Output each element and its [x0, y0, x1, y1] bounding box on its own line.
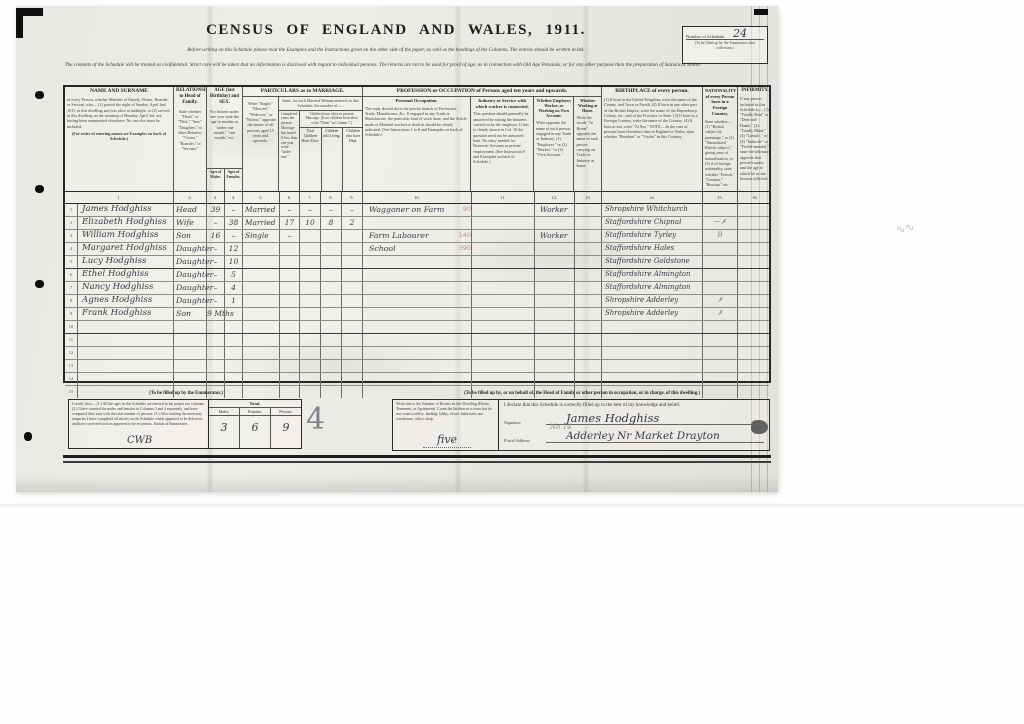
- column-number: 3.: [207, 192, 225, 203]
- header-birthplace-column: BIRTHPLACE of every person. (1) If born …: [602, 87, 703, 191]
- header-infirmity-title: INFIRMITY.: [738, 87, 772, 95]
- table-row: 4 Margaret Hodghiss Daughter – 12 School…: [65, 243, 769, 256]
- relationship-cell: [174, 373, 207, 385]
- marriage-status-cell: [243, 269, 280, 281]
- header-age-column: AGE (last Birthday) and SEX. For Infants…: [207, 87, 243, 191]
- industry-cell: [472, 230, 535, 242]
- marriage-status-cell: [243, 321, 280, 333]
- children-born-cell: [300, 386, 321, 398]
- children-born-cell: [300, 282, 321, 294]
- children-born-cell: [300, 360, 321, 372]
- infirmity-cell: [738, 321, 772, 333]
- females-label: Females.: [240, 408, 271, 415]
- person-name-cell: James Hodghiss: [78, 204, 174, 216]
- column-number: 13.: [575, 192, 602, 203]
- table-row: 3 William Hodghiss Son 16 – Single – Far…: [65, 230, 769, 243]
- marriage-status-cell: Married: [243, 217, 280, 229]
- header-personal-occupation-body: The reply should show the precise branch…: [363, 105, 470, 139]
- schedule-number-value: 24: [733, 29, 747, 39]
- occupation-cell: [363, 321, 472, 333]
- children-died-cell: [342, 243, 363, 255]
- years-married-cell: [280, 347, 300, 359]
- table-row: 11: [65, 334, 769, 347]
- children-living-cell: [321, 308, 342, 320]
- children-living-cell: [321, 269, 342, 281]
- relationship-cell: Daughter: [174, 295, 207, 307]
- females-total: 6: [240, 416, 271, 448]
- years-married-cell: [280, 269, 300, 281]
- children-died-cell: [342, 386, 363, 398]
- bottom-rule-light: [63, 461, 771, 463]
- at-home-cell: [575, 347, 602, 359]
- scanned-census-page: CENSUS OF ENGLAND AND WALES, 1911. Befor…: [0, 0, 1024, 724]
- occupation-code: 90: [463, 204, 471, 216]
- infirmity-cell: [738, 243, 772, 255]
- header-age-body: For Infants under one year state the age…: [207, 108, 242, 168]
- age-males-cell: –: [207, 217, 225, 229]
- at-home-cell: [575, 230, 602, 242]
- nationality-cell: [703, 243, 738, 255]
- occupation-text: Farm Labourer: [369, 230, 429, 242]
- punch-dot: [35, 91, 44, 99]
- at-home-cell: [575, 269, 602, 281]
- children-living-cell: [321, 386, 342, 398]
- marriage-status-cell: [243, 243, 280, 255]
- children-died-cell: [342, 308, 363, 320]
- row-number-cell: 2: [65, 217, 78, 229]
- industry-cell: [472, 269, 535, 281]
- industry-cell: [472, 243, 535, 255]
- relationship-cell: Daughter: [174, 269, 207, 281]
- header-marriage-note: State, for each Married Woman entered on…: [279, 97, 362, 111]
- children-living-cell: [321, 347, 342, 359]
- children-died-cell: [342, 282, 363, 294]
- children-living-cell: 8: [321, 217, 342, 229]
- column-number: 12.: [535, 192, 575, 203]
- header-name-title: NAME AND SURNAME: [65, 87, 173, 96]
- children-born-cell: –: [300, 204, 321, 216]
- children-living-cell: [321, 360, 342, 372]
- industry-cell: [472, 217, 535, 229]
- years-married-cell: [280, 360, 300, 372]
- birthplace-cell: Staffordshire Chipnal: [602, 217, 703, 229]
- row-number-cell: 5: [65, 256, 78, 268]
- header-nationality-body: State whether— (1) "British subject by p…: [703, 118, 737, 189]
- age-females-cell: [225, 360, 243, 372]
- row-number-cell: 13: [65, 360, 78, 372]
- nationality-cell: [703, 204, 738, 216]
- occupation-cell: [363, 360, 472, 372]
- totals-title: Total.: [209, 400, 301, 408]
- nationality-cell: [703, 373, 738, 385]
- years-married-cell: [280, 256, 300, 268]
- header-infirmity-column: INFIRMITY. If any person included in thi…: [738, 87, 772, 191]
- row-number-cell: 11: [65, 334, 78, 346]
- occupation-cell: [363, 373, 472, 385]
- industry-cell: [472, 256, 535, 268]
- age-males-cell: –: [207, 282, 225, 294]
- relationship-cell: [174, 334, 207, 346]
- punch-dot: [35, 185, 44, 193]
- persons-total: 9: [271, 416, 301, 448]
- industry-cell: [472, 373, 535, 385]
- table-body: 1 James Hodghiss Head 39 – Married – – –…: [65, 204, 769, 398]
- employer-worker-cell: [535, 269, 575, 281]
- relationship-cell: [174, 347, 207, 359]
- birthplace-cell: Staffordshire Tyrley: [602, 230, 703, 242]
- table-row: 5 Lucy Hodghiss Daughter – 10: [65, 256, 769, 269]
- years-married-cell: –: [280, 230, 300, 242]
- age-females-cell: –: [225, 204, 243, 216]
- nationality-cell: [703, 334, 738, 346]
- employer-worker-cell: [535, 308, 575, 320]
- table-row: 14: [65, 373, 769, 386]
- children-living-cell: [321, 295, 342, 307]
- years-married-cell: [280, 282, 300, 294]
- header-age-males: Ages of Males.: [207, 169, 225, 191]
- corner-mark-top-right: [754, 9, 768, 15]
- infirmity-cell: [738, 217, 772, 229]
- occupation-text: School: [369, 243, 396, 255]
- column-number: 6.: [280, 192, 300, 203]
- table-row: 2 Elizabeth Hodghiss Wife – 38 Married 1…: [65, 217, 769, 230]
- age-females-cell: 12: [225, 243, 243, 255]
- at-home-cell: [575, 282, 602, 294]
- row-number-cell: 8: [65, 295, 78, 307]
- nationality-cell: ✗: [703, 308, 738, 320]
- census-title: CENSUS OF ENGLAND AND WALES, 1911.: [146, 22, 646, 39]
- age-males-cell: [207, 321, 225, 333]
- infirmity-cell: [738, 360, 772, 372]
- row-number-cell: 12: [65, 347, 78, 359]
- males-total: 3: [209, 416, 240, 448]
- age-males-cell: [207, 334, 225, 346]
- age-males-cell: –: [207, 256, 225, 268]
- birthplace-cell: Shropshire Adderley: [602, 308, 703, 320]
- age-males-cell: –: [207, 295, 225, 307]
- years-married-cell: [280, 373, 300, 385]
- occupation-cell: [363, 295, 472, 307]
- header-relationship-title: RELATIONSHIP to Head of Family.: [174, 87, 206, 108]
- header-relationship-body: State whether "Head," or "Wife," "Son," …: [174, 108, 206, 153]
- employer-worker-cell: [535, 282, 575, 294]
- row-number-cell: 4: [65, 243, 78, 255]
- children-born-cell: [300, 308, 321, 320]
- punch-dot: [35, 280, 44, 288]
- birthplace-cell: [602, 373, 703, 385]
- nationality-cell: B: [703, 230, 738, 242]
- age-males-cell: 39: [207, 204, 225, 216]
- occupation-code: 390: [459, 243, 471, 255]
- marriage-status-cell: Married: [243, 204, 280, 216]
- employer-worker-cell: [535, 243, 575, 255]
- children-living-cell: [321, 282, 342, 294]
- occupation-cell: [363, 334, 472, 346]
- header-at-home-body: Write the words "At Home" opposite the n…: [574, 114, 601, 169]
- header-name-column: NAME AND SURNAME of every Person, whethe…: [65, 87, 174, 191]
- header-children-born: Total Children Born Alive.: [300, 128, 321, 191]
- nationality-cell: [703, 360, 738, 372]
- children-died-cell: [342, 321, 363, 333]
- scanner-streak: [0, 503, 1024, 507]
- row-number-cell: 7: [65, 282, 78, 294]
- children-living-cell: [321, 334, 342, 346]
- row-number-cell: 9: [65, 308, 78, 320]
- declaration-box: Write below the Number of Rooms in this …: [392, 399, 770, 451]
- children-born-cell: [300, 243, 321, 255]
- corner-mark-top-left: [16, 8, 23, 38]
- children-born-cell: 10: [300, 217, 321, 229]
- years-married-cell: [280, 334, 300, 346]
- column-number: 7.: [300, 192, 321, 203]
- table-row: 7 Nancy Hodghiss Daughter – 4: [65, 282, 769, 295]
- table-header: NAME AND SURNAME of every Person, whethe…: [65, 87, 769, 192]
- relationship-cell: Son: [174, 308, 207, 320]
- person-name-cell: [78, 347, 174, 359]
- relationship-cell: Daughter: [174, 282, 207, 294]
- age-females-cell: 5: [225, 269, 243, 281]
- table-row: 9 Frank Hodghiss Son 9 Mths: [65, 308, 769, 321]
- header-nationality-title: NATIONALITY of every Person born in a Fo…: [703, 87, 737, 118]
- age-females-cell: [225, 373, 243, 385]
- occupation-cell: [363, 269, 472, 281]
- person-name-cell: Frank Hodghiss: [78, 308, 174, 320]
- header-occupation-column: PROFESSION or OCCUPATION of Persons aged…: [363, 87, 602, 191]
- header-marriage-status: Write "Single," "Married," "Widower," or…: [243, 97, 279, 191]
- at-home-cell: [575, 334, 602, 346]
- column-number: 1.: [65, 192, 174, 203]
- children-living-cell: [321, 243, 342, 255]
- declaration-cell: I declare that this Schedule is correctl…: [499, 400, 769, 450]
- header-industry-title: Industry or Service with which worker is…: [471, 97, 533, 110]
- marriage-status-cell: [243, 295, 280, 307]
- header-at-home-title: Whether Working at Home.: [574, 97, 601, 114]
- age-females-cell: [225, 308, 243, 320]
- at-home-cell: [575, 308, 602, 320]
- relationship-cell: [174, 321, 207, 333]
- children-died-cell: 2: [342, 217, 363, 229]
- enumerator-certification: I certify that:— (1.) All the ages in th…: [69, 400, 208, 448]
- at-home-cell: [575, 243, 602, 255]
- children-living-cell: –: [321, 204, 342, 216]
- industry-cell: [472, 347, 535, 359]
- at-home-cell: [575, 204, 602, 216]
- at-home-cell: [575, 360, 602, 372]
- header-employer-body: Write opposite the name of each person e…: [534, 119, 573, 158]
- person-name-cell: [78, 321, 174, 333]
- children-died-cell: [342, 230, 363, 242]
- paper-bottom-shadow: [16, 474, 778, 492]
- occupation-cell: School390: [363, 243, 472, 255]
- header-children-died: Children who have Died.: [343, 128, 363, 191]
- relationship-cell: Head: [174, 204, 207, 216]
- birthplace-cell: [602, 334, 703, 346]
- years-married-cell: –: [280, 204, 300, 216]
- schedule-number-box: Number of Schedule. 24 (To be filled up …: [682, 26, 768, 64]
- row-number-cell: 10: [65, 321, 78, 333]
- children-died-cell: [342, 295, 363, 307]
- relationship-cell: Daughter: [174, 243, 207, 255]
- relationship-cell: Son: [174, 230, 207, 242]
- relationship-cell: Wife: [174, 217, 207, 229]
- row-number-cell: 3: [65, 230, 78, 242]
- row-number-cell: 6: [65, 269, 78, 281]
- at-home-cell: [575, 217, 602, 229]
- age-males-cell: 16: [207, 230, 225, 242]
- row-number-cell: 14: [65, 373, 78, 385]
- person-name-cell: William Hodghiss: [78, 230, 174, 242]
- industry-cell: [472, 282, 535, 294]
- occupation-cell: [363, 308, 472, 320]
- birthplace-cell: [602, 360, 703, 372]
- children-born-cell: [300, 269, 321, 281]
- column-number: 4.: [225, 192, 243, 203]
- employer-worker-cell: [535, 295, 575, 307]
- children-born-cell: [300, 334, 321, 346]
- occupation-cell: [363, 347, 472, 359]
- children-born-cell: [300, 373, 321, 385]
- children-born-cell: [300, 347, 321, 359]
- person-name-cell: Lucy Hodghiss: [78, 256, 174, 268]
- age-males-cell: –: [207, 243, 225, 255]
- infirmity-cell: [738, 308, 772, 320]
- age-males-cell: [207, 373, 225, 385]
- age-females-cell: 4: [225, 282, 243, 294]
- birthplace-cell: Staffordshire Goldstone: [602, 256, 703, 268]
- occupation-cell: [363, 217, 472, 229]
- header-children-living: Children still Living.: [322, 128, 343, 191]
- infirmity-cell: [738, 256, 772, 268]
- confidential-line: The contents of the Schedule will be tre…: [63, 62, 703, 70]
- declaration-text: I declare that this Schedule is correctl…: [504, 402, 764, 409]
- signature-label: Signature: [504, 420, 546, 425]
- person-name-cell: [78, 334, 174, 346]
- infirmity-cell: [738, 282, 772, 294]
- infirmity-cell: [738, 230, 772, 242]
- person-name-cell: Nancy Hodghiss: [78, 282, 174, 294]
- children-died-cell: [342, 334, 363, 346]
- birthplace-cell: Staffordshire Hales: [602, 243, 703, 255]
- relationship-cell: Daughter: [174, 256, 207, 268]
- column-number: 2.: [174, 192, 207, 203]
- marriage-status-cell: [243, 373, 280, 385]
- age-females-cell: 38: [225, 217, 243, 229]
- employer-worker-cell: Worker: [535, 204, 575, 216]
- column-number-strip: 1. 2. 3. 4. 5. 6. 7. 8. 9. 10. 11. 12. 1…: [65, 192, 769, 204]
- column-number: 14.: [602, 192, 703, 203]
- initials-label: Initials of Enumerator.: [154, 422, 188, 426]
- relationship-cell: [174, 360, 207, 372]
- header-personal-occupation-title: Personal Occupation.: [363, 97, 470, 105]
- years-married-cell: [280, 243, 300, 255]
- birthplace-cell: Staffordshire Almington: [602, 282, 703, 294]
- header-name-foot: (For order of entering names see Example…: [65, 130, 173, 143]
- header-industry-body: This question should generally be answer…: [471, 110, 533, 165]
- table-row: 10: [65, 321, 769, 334]
- years-married-cell: 17: [280, 217, 300, 229]
- occupation-cell: [363, 282, 472, 294]
- persons-label: Persons.: [271, 408, 301, 415]
- header-relationship-column: RELATIONSHIP to Head of Family. State wh…: [174, 87, 207, 191]
- infirmity-cell: [738, 269, 772, 281]
- pencil-annotation: 4: [306, 402, 325, 437]
- marriage-status-cell: Single: [243, 230, 280, 242]
- nationality-cell: [703, 282, 738, 294]
- table-row: 8 Agnes Hodghiss Daughter – 1: [65, 295, 769, 308]
- column-number: 11.: [472, 192, 535, 203]
- age-females-cell: [225, 334, 243, 346]
- industry-cell: [472, 308, 535, 320]
- rooms-note: Write below the Number of Rooms in this …: [396, 402, 492, 421]
- rooms-value: five: [423, 433, 471, 448]
- infirmity-cell: [738, 334, 772, 346]
- employer-worker-cell: [535, 360, 575, 372]
- children-died-cell: [342, 269, 363, 281]
- punch-dot: [24, 432, 32, 441]
- column-number: 16.: [738, 192, 772, 203]
- birthplace-cell: [602, 347, 703, 359]
- age-females-cell: 10: [225, 256, 243, 268]
- occupation-cell: Waggoner on Farm90: [363, 204, 472, 216]
- column-number: 10.: [363, 192, 472, 203]
- birthplace-cell: [602, 321, 703, 333]
- occupation-code: 140: [459, 230, 471, 242]
- column-number: 8.: [321, 192, 342, 203]
- industry-cell: [472, 204, 535, 216]
- marriage-status-cell: [243, 282, 280, 294]
- occupation-cell: [363, 256, 472, 268]
- header-marriage-title: PARTICULARS as to MARRIAGE.: [243, 87, 362, 97]
- age-males-cell: –: [207, 269, 225, 281]
- children-died-cell: [342, 256, 363, 268]
- birthplace-cell: Shropshire Whitchurch: [602, 204, 703, 216]
- marriage-status-cell: [243, 334, 280, 346]
- infirmity-cell: [738, 347, 772, 359]
- header-nationality-column: NATIONALITY of every Person born in a Fo…: [703, 87, 738, 191]
- industry-cell: [472, 295, 535, 307]
- birthplace-cell: Shropshire Adderley: [602, 295, 703, 307]
- schedule-number-note: (To be filled up by the Enumerator after…: [686, 41, 764, 51]
- header-marriage-years: Completed years the present Marriage has…: [279, 111, 300, 191]
- employer-worker-cell: [535, 347, 575, 359]
- children-living-cell: [321, 230, 342, 242]
- header-age-females: Ages of Females.: [225, 169, 242, 191]
- at-home-cell: [575, 295, 602, 307]
- header-occupation-title: PROFESSION or OCCUPATION of Persons aged…: [363, 87, 601, 97]
- children-born-cell: [300, 256, 321, 268]
- at-home-cell: [575, 321, 602, 333]
- children-living-cell: [321, 256, 342, 268]
- nationality-cell: ⁓✗: [703, 217, 738, 229]
- column-number: 5.: [243, 192, 280, 203]
- rooms-cell: Write below the Number of Rooms in this …: [393, 400, 499, 450]
- employer-worker-cell: [535, 321, 575, 333]
- person-name-cell: Ethel Hodghiss: [78, 269, 174, 281]
- years-married-cell: [280, 321, 300, 333]
- age-females-cell: [225, 321, 243, 333]
- years-married-cell: [280, 308, 300, 320]
- children-born-cell: [300, 295, 321, 307]
- age-males-cell: 9 Mths: [207, 308, 225, 320]
- signature-value: James Hodghiss: [546, 412, 764, 425]
- employer-worker-cell: [535, 256, 575, 268]
- nationality-cell: [703, 321, 738, 333]
- table-row: 13: [65, 360, 769, 373]
- children-died-cell: [342, 373, 363, 385]
- census-table: NAME AND SURNAME of every Person, whethe…: [63, 85, 771, 383]
- infirmity-cell: [738, 204, 772, 216]
- nationality-cell: [703, 269, 738, 281]
